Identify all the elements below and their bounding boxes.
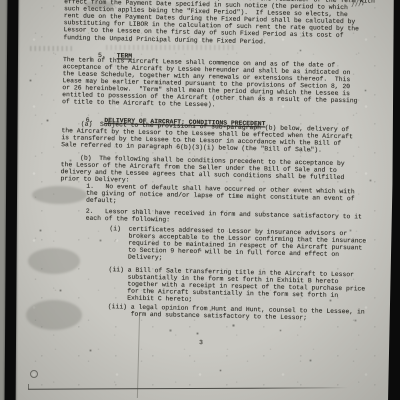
margin-smudge (32, 186, 87, 204)
margin-smudge (28, 248, 80, 274)
page-number: 3 (199, 339, 203, 346)
margin-smudge (26, 300, 82, 330)
section-6-paragraph-a: (a) Subject to the provisions of sub-par… (61, 120, 353, 154)
margin-smudge (84, 1, 114, 9)
scanned-document-page: payments are based on all or a portion o… (0, 0, 400, 400)
section-5-body: The term of this Aircraft Lease shall co… (62, 56, 358, 112)
pencil-scribble (106, 45, 236, 50)
bottom-rule-tick (28, 384, 29, 389)
condition-1: 1. No event of default shall have occurr… (86, 182, 355, 209)
condition-2-item-i: (i) certificates addressed to Lessor by … (109, 225, 367, 266)
condition-2-item-ii: (ii) a Bill of Sale transferring title i… (108, 266, 366, 307)
hole-punch-mark (30, 370, 38, 378)
pencil-scribble (30, 46, 72, 51)
